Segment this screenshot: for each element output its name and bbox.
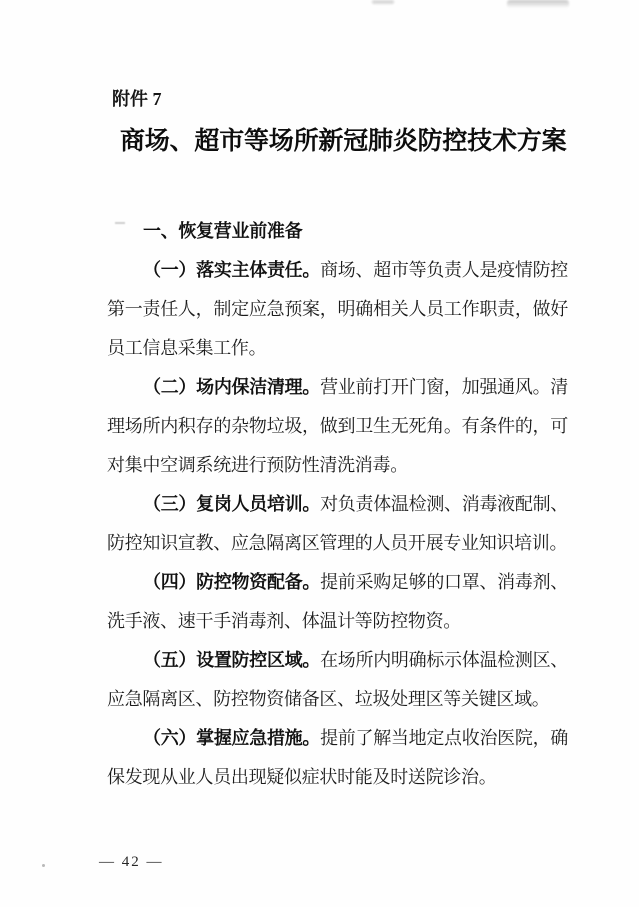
page-number: — 42 — [99, 854, 164, 871]
paragraph-4-lead: （四）防控物资配备。 [143, 572, 320, 592]
paragraph-5: （五）设置防控区域。在场所内明确标示体温检测区、应急隔离区、防控物资储备区、垃圾… [107, 641, 568, 719]
section-heading: 一、恢复营业前准备 [107, 212, 568, 251]
paragraph-1-lead: （一）落实主体责任。 [143, 260, 320, 280]
document-body: 一、恢复营业前准备 （一）落实主体责任。商场、超市等负责人是疫情防控第一责任人，… [107, 212, 568, 797]
scanned-document-page: 附件 7 商场、超市等场所新冠肺炎防控技术方案 一、恢复营业前准备 （一）落实主… [0, 0, 639, 907]
paragraph-5-lead: （五）设置防控区域。 [143, 650, 320, 670]
paragraph-6: （六）掌握应急措施。提前了解当地定点收治医院，确保发现从业人员出现疑似症状时能及… [107, 719, 568, 797]
attachment-label: 附件 7 [112, 85, 162, 111]
scan-speck-artifact [42, 864, 45, 867]
paragraph-4: （四）防控物资配备。提前采购足够的口罩、消毒剂、洗手液、速干手消毒剂、体温计等防… [107, 563, 568, 641]
paragraph-3: （三）复岗人员培训。对负责体温检测、消毒液配制、防控知识宣教、应急隔离区管理的人… [107, 485, 568, 563]
paragraph-1: （一）落实主体责任。商场、超市等负责人是疫情防控第一责任人，制定应急预案，明确相… [107, 251, 568, 368]
scan-smudge-artifact [372, 0, 394, 4]
scan-smudge-artifact [507, 0, 569, 8]
paragraph-2: （二）场内保洁清理。营业前打开门窗，加强通风。清理场所内积存的杂物垃圾，做到卫生… [107, 368, 568, 485]
paragraph-2-lead: （二）场内保洁清理。 [143, 377, 320, 397]
document-title: 商场、超市等场所新冠肺炎防控技术方案 [120, 121, 566, 157]
paragraph-6-lead: （六）掌握应急措施。 [143, 728, 320, 748]
paragraph-3-lead: （三）复岗人员培训。 [143, 494, 320, 514]
